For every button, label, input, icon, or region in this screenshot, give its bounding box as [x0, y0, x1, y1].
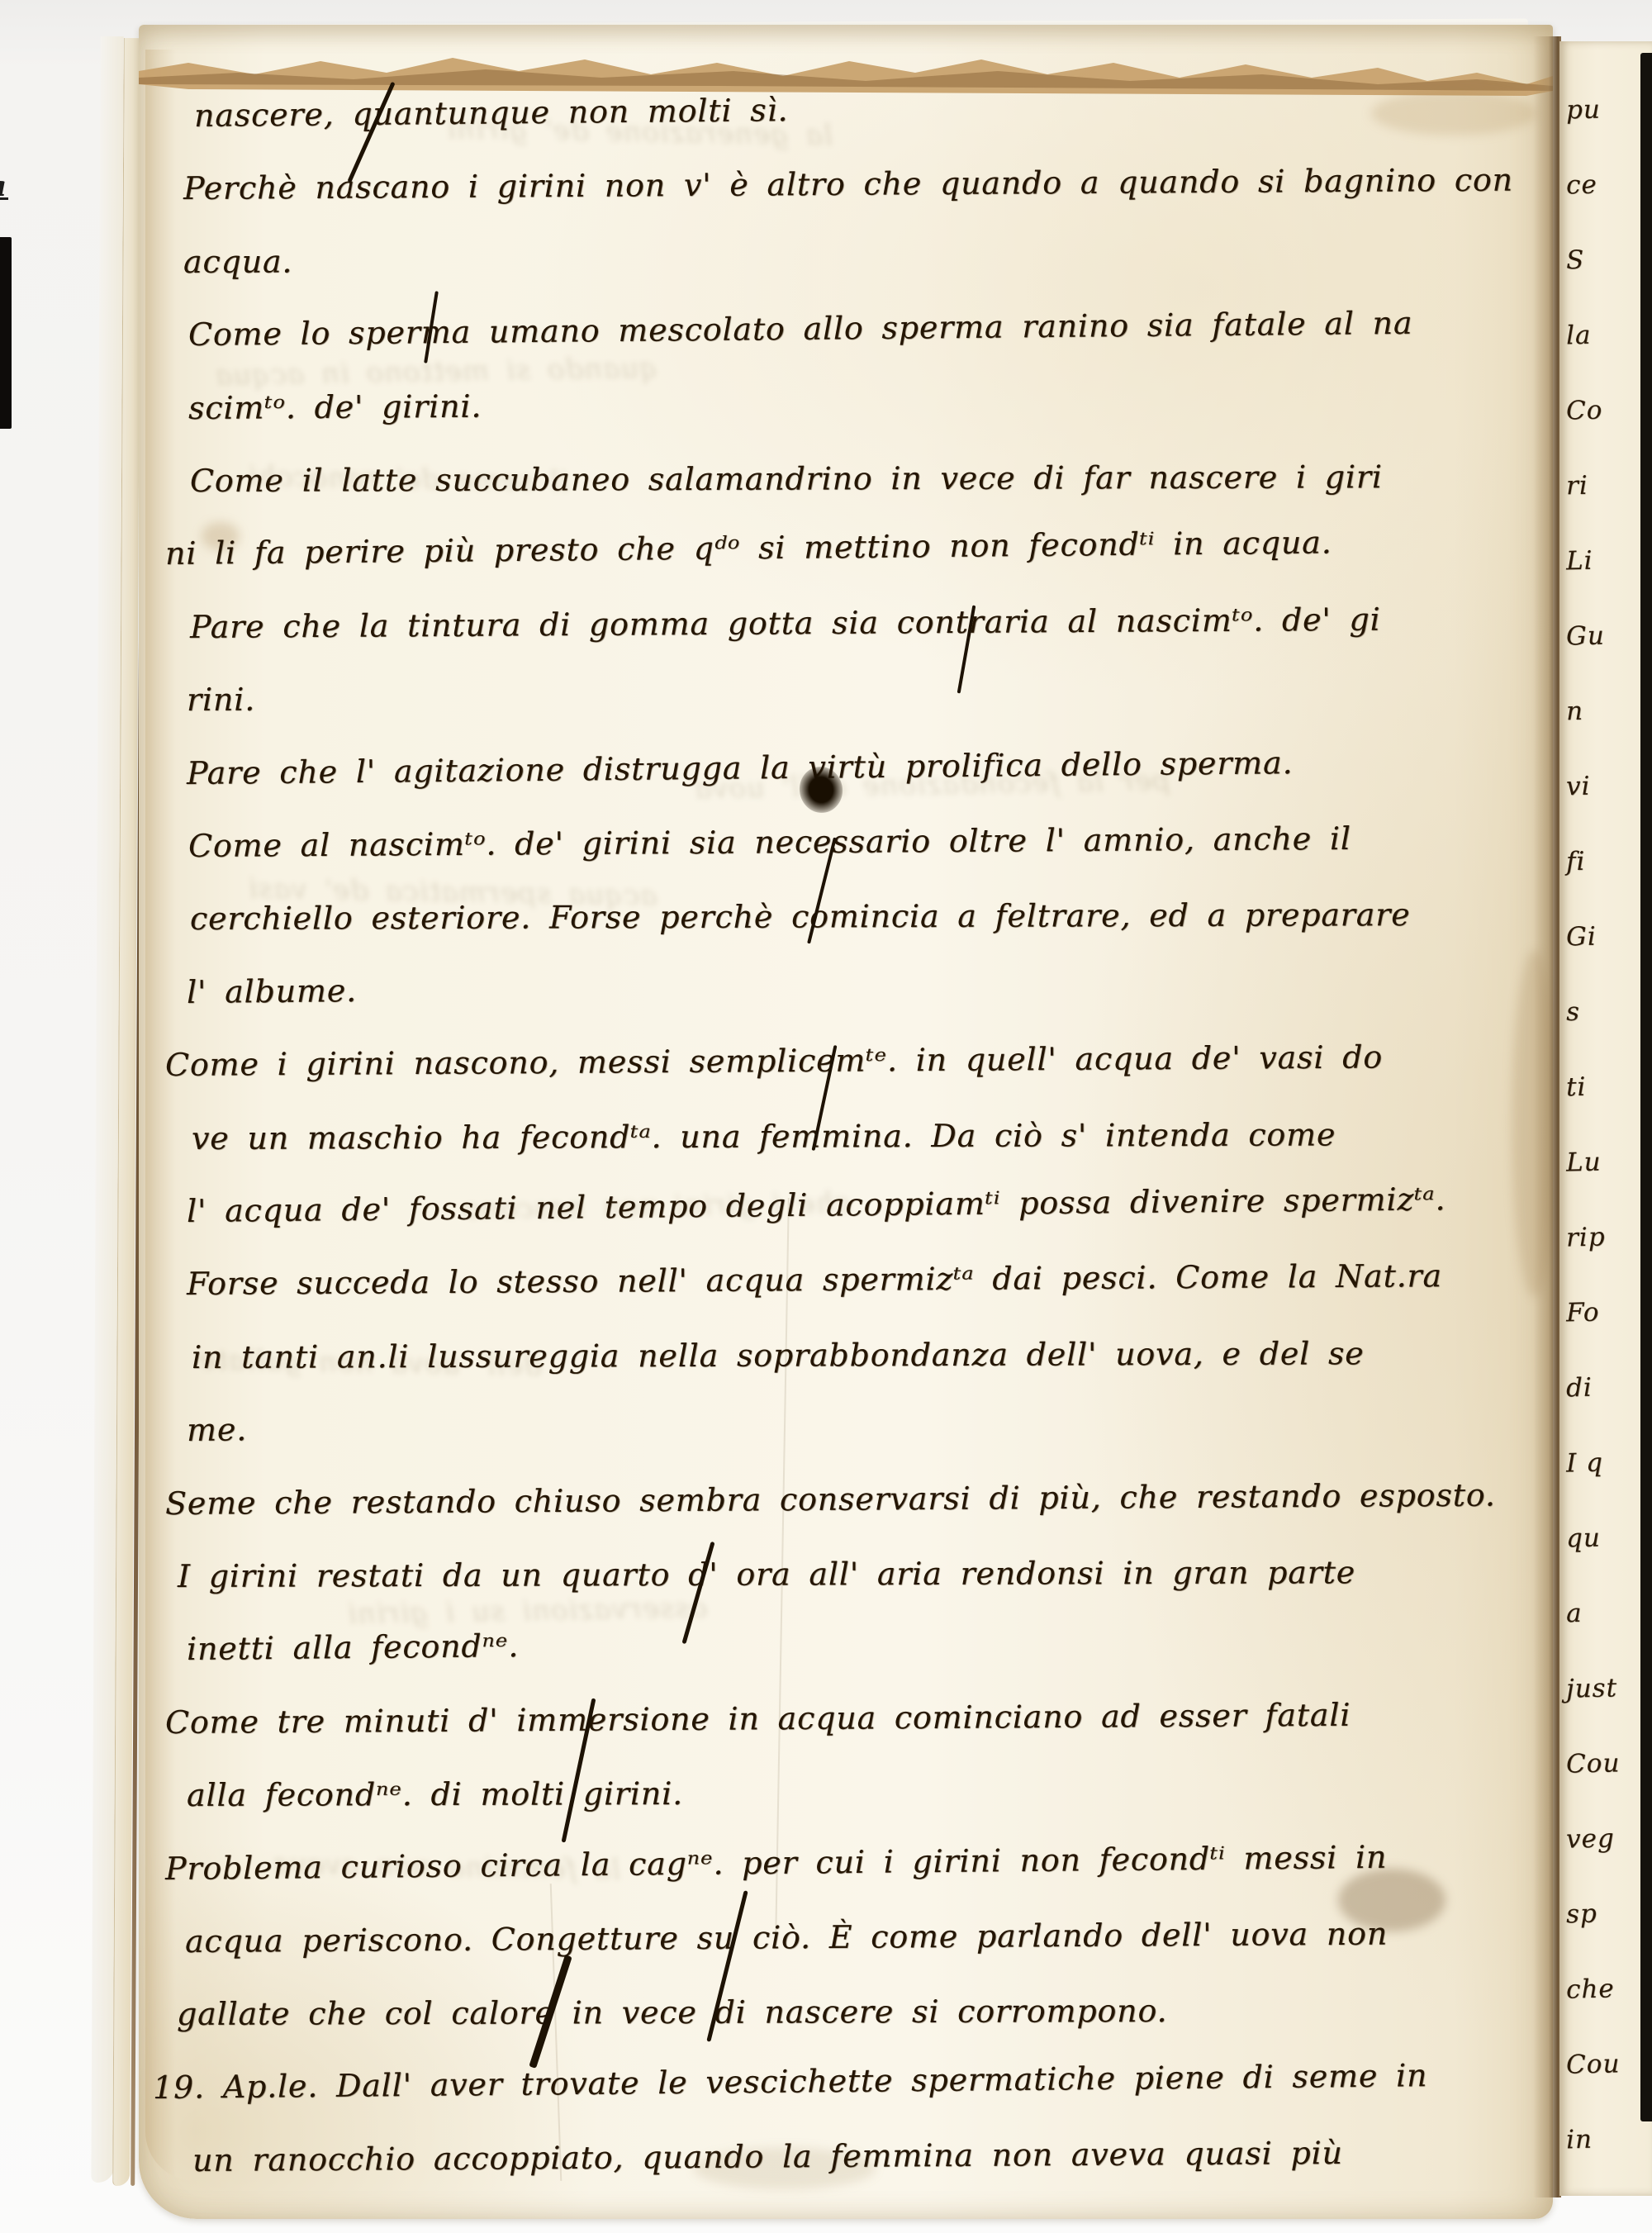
facing-page-line-fragment: fi — [1566, 847, 1586, 877]
manuscript-line: Come al nascimᵗᵒ. de' girini sia necessa… — [188, 820, 1351, 864]
manuscript-line: gallate che col calore in vece di nascer… — [177, 1993, 1167, 2032]
manuscript-line: alla fecondⁿᵉ. di molti girini. — [187, 1775, 683, 1813]
manuscript-line: ve un maschio ha fecondᵗᵃ. una femmina. … — [192, 1116, 1336, 1157]
facing-page-line-fragment: Cou — [1566, 2049, 1621, 2079]
manuscript-line: Come lo sperma umano mescolato allo sper… — [188, 305, 1413, 353]
manuscript-line: inetti alla fecondⁿᵉ. — [187, 1628, 519, 1668]
facing-page-line-fragment: di — [1566, 1373, 1593, 1404]
facing-page-line-fragment: rip — [1566, 1223, 1606, 1253]
facing-page-line-fragment: Gu — [1566, 621, 1605, 652]
manuscript-line: acqua periscono. Congetture su ciò. È co… — [185, 1916, 1388, 1960]
manuscript-line: cerchiello esteriore. Forse perchè comin… — [190, 896, 1411, 937]
manuscript-line: Pare che la tintura di gomma gotta sia c… — [190, 601, 1381, 644]
facing-page-line-fragment: vi — [1566, 772, 1591, 802]
manuscript-line: rini. — [187, 682, 255, 718]
facing-page-line-fragment: Co — [1566, 396, 1603, 426]
facing-page-line-fragment: n — [1566, 696, 1584, 726]
manuscript-line: l' albume. — [187, 972, 357, 1010]
manuscript-text-block: nascere, quantunque non molti sì.Perchè … — [0, 0, 1652, 2233]
manuscript-line: Come tre minuti d' immersione in acqua c… — [165, 1697, 1351, 1741]
manuscript-line: scimᵗᵒ. de' girini. — [188, 387, 482, 425]
manuscript-line: 19. Ap.le. Dall' aver trovate le vescich… — [153, 2057, 1428, 2106]
facing-page-line-fragment: I q — [1566, 1448, 1604, 1479]
manuscript-line: l' acqua de' fossati nel tempo degli aco… — [187, 1181, 1446, 1229]
manuscript-line: Forse succeda lo stesso nell' acqua sper… — [187, 1258, 1442, 1303]
facing-page-line-fragment: ce — [1566, 170, 1597, 201]
facing-page-line-fragment: qu — [1566, 1523, 1602, 1554]
facing-page-line-fragment: Lu — [1566, 1147, 1602, 1178]
facing-page-line-fragment: ri — [1566, 471, 1588, 501]
facing-page-line-fragment: la — [1566, 321, 1592, 351]
facing-page-line-fragment: sp — [1566, 1899, 1598, 1930]
manuscript-line: acqua. — [183, 243, 292, 279]
facing-page-line-fragment: Li — [1566, 546, 1593, 577]
facing-page-line-fragment: che — [1566, 1974, 1615, 2004]
manuscript-line: in tanti an.li lussureggia nella soprabb… — [192, 1335, 1365, 1375]
manuscript-line: I girini restati da un quarto d' ora all… — [178, 1554, 1355, 1594]
facing-page-line-fragment: veg — [1566, 1823, 1615, 1854]
facing-page-line-fragment: in — [1566, 2125, 1593, 2155]
manuscript-line: nascere, quantunque non molti sì. — [194, 92, 789, 134]
manuscript-line: Perchè nascano i girini non v' è altro c… — [183, 162, 1513, 207]
book-gutter — [1533, 36, 1561, 2197]
manuscript-line: Come il latte succubaneo salamandrino in… — [190, 458, 1383, 499]
facing-page-line-fragment: s — [1566, 997, 1581, 1027]
manuscript-line: un ranocchio accoppiato, quando la femmi… — [192, 2135, 1343, 2178]
manuscript-line: Problema curioso circa la cagⁿᵉ. per cui… — [165, 1838, 1388, 1886]
facing-page-line-fragment: S — [1566, 245, 1585, 275]
facing-page: puceSlaCoriLiGunvifiGistiLuripFodiI qqua… — [1559, 41, 1652, 2196]
facing-page-line-fragment: Gi — [1566, 922, 1597, 953]
facing-page-line-fragment: Fo — [1566, 1298, 1600, 1328]
facing-page-line-fragment: Cou — [1566, 1748, 1621, 1779]
manuscript-line: me. — [187, 1411, 247, 1448]
manuscript-line: Seme che restando chiuso sembra conserva… — [165, 1476, 1496, 1521]
facing-page-line-fragment: ti — [1566, 1072, 1587, 1103]
facing-page-line-fragment: a — [1566, 1599, 1583, 1628]
manuscript-line: ni li fa perire più presto che qᵈᵒ si me… — [165, 525, 1332, 573]
facing-page-line-fragment: pu — [1566, 95, 1602, 126]
facing-page-line-fragment: just — [1566, 1673, 1618, 1703]
scanned-page-background: a la generazione de' giriniquando si met… — [0, 0, 1652, 2233]
scan-edge-strip — [1640, 53, 1652, 2121]
manuscript-line: Come i girini nascono, messi semplicemᵗᵉ… — [165, 1039, 1383, 1084]
manuscript-line: Pare che l' agitazione distrugga la virt… — [187, 744, 1294, 791]
